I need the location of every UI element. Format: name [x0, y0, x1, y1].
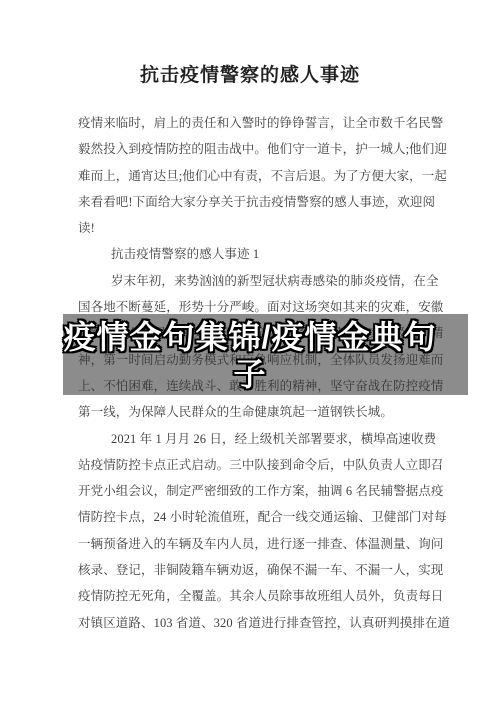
text-line: 第一线，为保障人民群众的生命健康筑起一道钢铁长城。: [78, 399, 454, 425]
text-line: 毅然投入到疫情防控的阻击战中。他们守一道卡，护一城人;他们迎: [78, 136, 454, 162]
text-line: 开党小组会议，制定严密细致的工作方案，抽调 6 名民辅警据点疫: [78, 478, 454, 504]
watermark-title-line2: 子: [0, 356, 500, 393]
text-line: 疫情来临时，肩上的责任和入警时的铮铮誓言，让全市数千名民警: [78, 110, 454, 136]
text-line: 读!: [78, 215, 454, 241]
document-page: 抗击疫情警察的感人事迹 疫情来临时，肩上的责任和入警时的铮铮誓言，让全市数千名民…: [0, 0, 500, 706]
text-line: 抗击疫情警察的感人事迹 1: [78, 241, 454, 267]
text-line: 站疫情防控卡点正式启动。三中队接到命令后，中队负责人立即召: [78, 452, 454, 478]
text-line: 岁末年初，来势汹汹的新型冠状病毒感染的肺炎疫情，在全: [78, 268, 454, 294]
text-line: 核录、登记，非铜陵籍车辆劝返，确保不漏一车、不漏一人，实现: [78, 557, 454, 583]
text-line: 2021 年 1 月月 26 日，经上级机关部署要求，横埠高速收费: [78, 426, 454, 452]
text-line: 一辆预备进入的车辆及车内人员，进行逐一排查、体温测量、询问: [78, 531, 454, 557]
document-title: 抗击疫情警察的感人事迹: [0, 60, 500, 87]
text-line: 疫情防控无死角，全覆盖。其余人员除事故班组人员外，负责每日: [78, 583, 454, 609]
text-line: 对镇区道路、103 省道、320 省道进行排查管控，认真研判摸排在道: [78, 610, 454, 636]
watermark-title: 疫情金句集锦/疫情金典句 子: [0, 319, 500, 393]
text-line: 难而上，通宵达旦;他们心中有责，不言后退。为了方便大家，一起: [78, 163, 454, 189]
watermark-title-line1: 疫情金句集锦/疫情金典句: [0, 319, 500, 356]
text-line: 来看看吧!下面给大家分享关于抗击疫情警察的感人事迹，欢迎阅: [78, 189, 454, 215]
text-line: 情防控卡点，24 小时轮流值班，配合一线交通运输、卫健部门对每: [78, 504, 454, 530]
